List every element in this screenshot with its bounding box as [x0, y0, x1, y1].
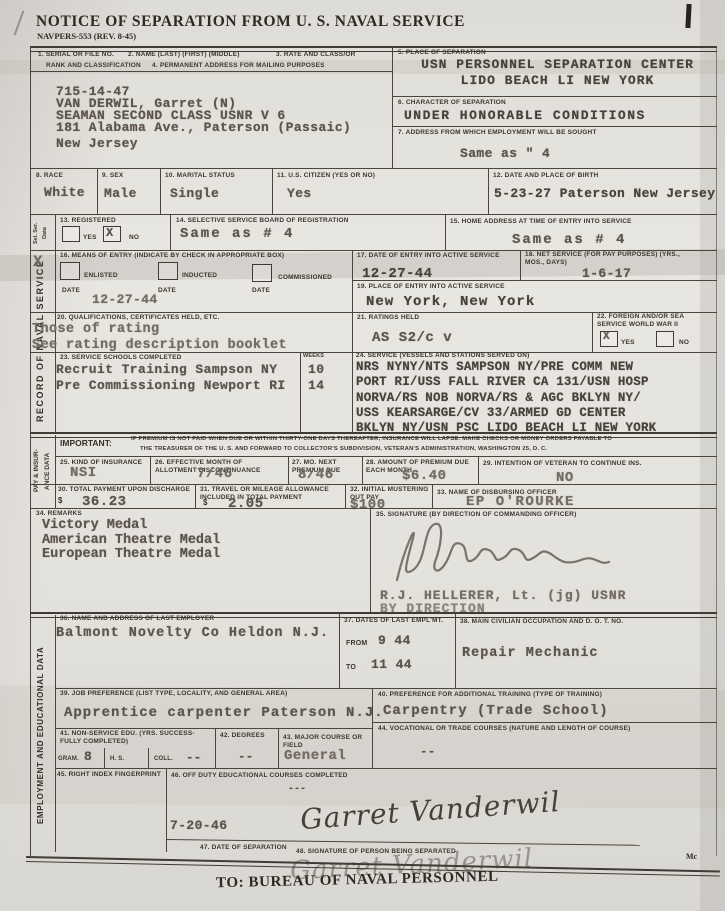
to-label: TO [346, 663, 356, 672]
rule [272, 168, 273, 214]
travel-allowance-value: 2.05 [228, 496, 264, 512]
field-3-label: 3. RATE AND CLASS/OR [276, 51, 355, 59]
dollar-sign: $ [58, 496, 63, 506]
field-16-label: 16. MEANS OF ENTRY (INDICATE BY CHECK IN… [60, 252, 284, 260]
field-14-label: 14. SELECTIVE SERVICE BOARD OF REGISTRAT… [176, 217, 349, 225]
dollar-sign: $ [203, 498, 208, 508]
rule [170, 214, 171, 250]
job-preference-value: Apprentice carpenter Paterson N.J. [64, 705, 384, 721]
field-4-label: 4. PERMANENT ADDRESS FOR MAILING PURPOSE… [152, 62, 325, 70]
field-38-label: 38. MAIN CIVILIAN OCCUPATION AND D. O. T… [460, 618, 705, 626]
rule [520, 250, 521, 280]
rule [55, 435, 56, 508]
next-premium-value: 8/46 [298, 467, 334, 483]
important-text: THE TREASURER OF THE U. S. AND FORWARD T… [140, 446, 710, 454]
hs-label: H. S. [110, 756, 124, 764]
home-address-value: Same as # 4 [512, 232, 626, 248]
commissioned-label: COMMISSIONED [278, 274, 332, 282]
school-row: Pre Commissioning Newport RI [56, 378, 286, 394]
checkbox-yes-label: YES [621, 339, 635, 347]
rule [372, 688, 373, 768]
field-13-label: 13. REGISTERED [60, 217, 116, 225]
field-6-label: 6. CHARACTER OF SEPARATION [398, 99, 506, 107]
field-37-label: 37. DATES OF LAST EMPL'MT. [344, 617, 452, 625]
rule [288, 456, 289, 484]
degrees-value: -- [238, 750, 253, 766]
field-42-label: 42. DEGREES [220, 732, 275, 740]
checkbox-no-label: NO [129, 234, 139, 242]
rule [488, 168, 489, 214]
rule [432, 484, 433, 508]
coll-label: COLL. [154, 756, 173, 764]
off-duty-courses-value: --- [288, 784, 306, 795]
school-weeks: 10 [308, 362, 324, 378]
race-value: White [44, 185, 85, 201]
gram-label: GRAM. [58, 756, 79, 764]
remarks-value: Victory Medal American Theatre Medal Eur… [42, 519, 342, 563]
rule [160, 168, 161, 214]
footer-title: TO: BUREAU OF NAVAL PERSONNEL [216, 869, 499, 892]
field-47-label: 47. DATE OF SEPARATION [200, 844, 287, 852]
rule [55, 728, 372, 729]
field-2-label: 2. NAME (LAST) (FIRST) (MIDDLE) [128, 51, 240, 59]
rule [370, 508, 371, 612]
signature-scrawl [383, 516, 618, 588]
rule [352, 250, 353, 312]
rule [55, 768, 717, 769]
field-10-label: 10. MARITAL STATUS [165, 172, 235, 180]
employment-from-value: 9 44 [378, 633, 411, 649]
place-of-separation-value: USN PERSONNEL SEPARATION CENTER LIDO BEA… [400, 57, 715, 90]
checkbox-registered-yes [62, 226, 80, 242]
allotment-value: 7/46 [197, 466, 233, 482]
foreign-yes-mark: X [603, 331, 610, 343]
school-row: Recruit Training Sampson NY [56, 362, 277, 378]
field-39-label: 39. JOB PREFERENCE (LIST TYPE, LOCALITY,… [60, 690, 287, 698]
checkbox-commissioned [252, 264, 272, 282]
rule [300, 352, 301, 432]
rule [30, 484, 717, 485]
gram-value: 8 [84, 749, 92, 765]
enlisted-mark: X [33, 253, 43, 271]
rule [445, 214, 446, 250]
important-label: IMPORTANT: [60, 438, 112, 448]
field-7-label: 7. ADDRESS FROM WHICH EMPLOYMENT WILL BE… [398, 129, 597, 137]
important-text: IF PREMIUM IS NOT PAID WHEN DUE OR WITHI… [131, 436, 713, 444]
rule [30, 508, 717, 509]
major-course-value: General [284, 748, 346, 764]
checkbox-foreign-no [656, 331, 674, 347]
checkbox-yes-label: YES [83, 234, 97, 242]
field-1-label: 1. SERIAL OR FILE NO. [38, 51, 114, 59]
rule [148, 748, 149, 768]
registered-no-mark: X [106, 226, 113, 240]
enlisted-date-value: 12-27-44 [92, 292, 158, 308]
rule [352, 352, 353, 432]
school-weeks: 14 [308, 378, 324, 394]
ratings-held-value: AS S2/c v [372, 330, 452, 346]
citizen-value: Yes [287, 186, 312, 202]
field-12-label: 12. DATE AND PLACE OF BIRTH [493, 172, 598, 180]
employment-to-value: 11 44 [371, 657, 412, 673]
rule [392, 46, 393, 168]
rule [392, 96, 717, 97]
from-label: FROM [346, 639, 367, 648]
rule [104, 748, 105, 768]
form-number: NAVPERS-553 (REV. 8-45) [37, 31, 136, 41]
rule [278, 728, 279, 768]
rule [478, 456, 479, 484]
rule [455, 612, 456, 688]
field-45-label: 45. RIGHT INDEX FINGERPRINT [57, 771, 161, 779]
field-11-label: 11. U.S. CITIZEN (YES OR NO) [277, 172, 375, 180]
marital-status-value: Single [170, 186, 219, 202]
occupation-value: Repair Mechanic [462, 646, 599, 661]
vessels-served-value: NRS NYNY/NTS SAMPSON NY/PRE COMM NEW POR… [356, 360, 716, 436]
section-label-pay: PAY & INSUR- ANCE DATA [31, 438, 54, 504]
field-9-label: 9. SEX [102, 172, 123, 180]
ink-mark [685, 4, 691, 28]
rule [97, 168, 98, 214]
rule [592, 312, 593, 352]
separation-date-value: 7-20-46 [170, 818, 227, 834]
rule [30, 168, 717, 169]
scanned-document: NOTICE OF SEPARATION FROM U. S. NAVAL SE… [0, 0, 725, 911]
field-8-label: 8. RACE [36, 172, 63, 180]
rule [55, 615, 56, 852]
rule [352, 280, 717, 281]
field-19-label: 19. PLACE OF ENTRY INTO ACTIVE SERVICE [357, 283, 505, 291]
weeks-label: WEEKS [303, 353, 324, 360]
field-3-label-2: RANK AND CLASSIFICATION [46, 62, 141, 70]
field-31-label: 31. TRAVEL OR MILEAGE ALLOWANCE INCLUDED… [200, 486, 340, 503]
field-22-label: 22. FOREIGN AND/OR SEA SERVICE WORLD WAR… [597, 313, 702, 330]
checkbox-inducted [158, 262, 178, 280]
premium-amount-value: $6.40 [402, 468, 447, 484]
checkbox-enlisted [60, 262, 80, 280]
rule [30, 214, 717, 215]
rule [55, 456, 717, 457]
selective-board-value: Same as # 4 [180, 226, 294, 242]
training-preference-value: Carpentry (Trade School) [383, 703, 609, 719]
field-40-label: 40. PREFERENCE FOR ADDITIONAL TRAINING (… [378, 691, 713, 699]
employment-address-value: Same as " 4 [460, 146, 550, 162]
field-21-label: 21. RATINGS HELD [357, 314, 419, 322]
field-36-label: 36. NAME AND ADDRESS OF LAST EMPLOYER [60, 615, 214, 623]
rule [150, 456, 151, 484]
rule [195, 484, 196, 508]
coll-value: -- [186, 751, 201, 767]
rule [215, 728, 216, 768]
last-employer-value: Balmont Novelty Co Heldon N.J. [56, 626, 329, 641]
character-of-separation-value: UNDER HONORABLE CONDITIONS [404, 108, 646, 124]
field-44-label: 44. VOCATIONAL OR TRADE COURSES (NATURE … [378, 725, 713, 733]
rule [362, 456, 363, 484]
field-15-label: 15. HOME ADDRESS AT TIME OF ENTRY INTO S… [450, 218, 632, 226]
field-17-label: 17. DATE OF ENTRY INTO ACTIVE SERVICE [357, 252, 512, 260]
insurance-kind-value: NSI [70, 465, 97, 481]
field-29-label: 29. INTENTION OF VETERAN TO CONTINUE INS… [483, 460, 713, 468]
section-label-employment: EMPLOYMENT AND EDUCATIONAL DATA [31, 618, 55, 852]
rule [345, 484, 346, 508]
rule [372, 722, 717, 723]
separatee-signature: Garret Vanderwil [299, 785, 561, 836]
pencil-mark [14, 10, 25, 35]
field-46-label: 46. OFF DUTY EDUCATIONAL COURSES COMPLET… [171, 772, 348, 780]
qualifications-value: Those of rating See rating description b… [32, 322, 352, 354]
rule [30, 71, 392, 72]
birth-value: 5-23-27 Paterson New Jersey [494, 186, 715, 202]
inducted-label: INDUCTED [182, 272, 217, 280]
enlisted-label: ENLISTED [84, 272, 118, 280]
sex-value: Male [104, 186, 137, 202]
footer-mark: Mc [686, 852, 697, 861]
rule [352, 312, 353, 352]
section-label-sel-ser: Sel. Ser. Data [32, 215, 54, 251]
rule [339, 612, 340, 688]
date-label: DATE [158, 287, 176, 295]
date-label: DATE [252, 287, 270, 295]
page-title: NOTICE OF SEPARATION FROM U. S. NAVAL SE… [36, 13, 465, 31]
rule [392, 126, 717, 127]
entry-place-value: New York, New York [366, 294, 535, 312]
address-value: 181 Alabama Ave., Paterson (Passaic) New… [56, 120, 386, 153]
field-41-label: 41. NON-SERVICE EDU. (YRS. SUCCESS- FULL… [60, 730, 200, 747]
date-label: DATE [62, 287, 80, 295]
rule [55, 688, 717, 689]
checkbox-no-label: NO [679, 339, 689, 347]
vocational-courses-value: -- [420, 745, 435, 761]
